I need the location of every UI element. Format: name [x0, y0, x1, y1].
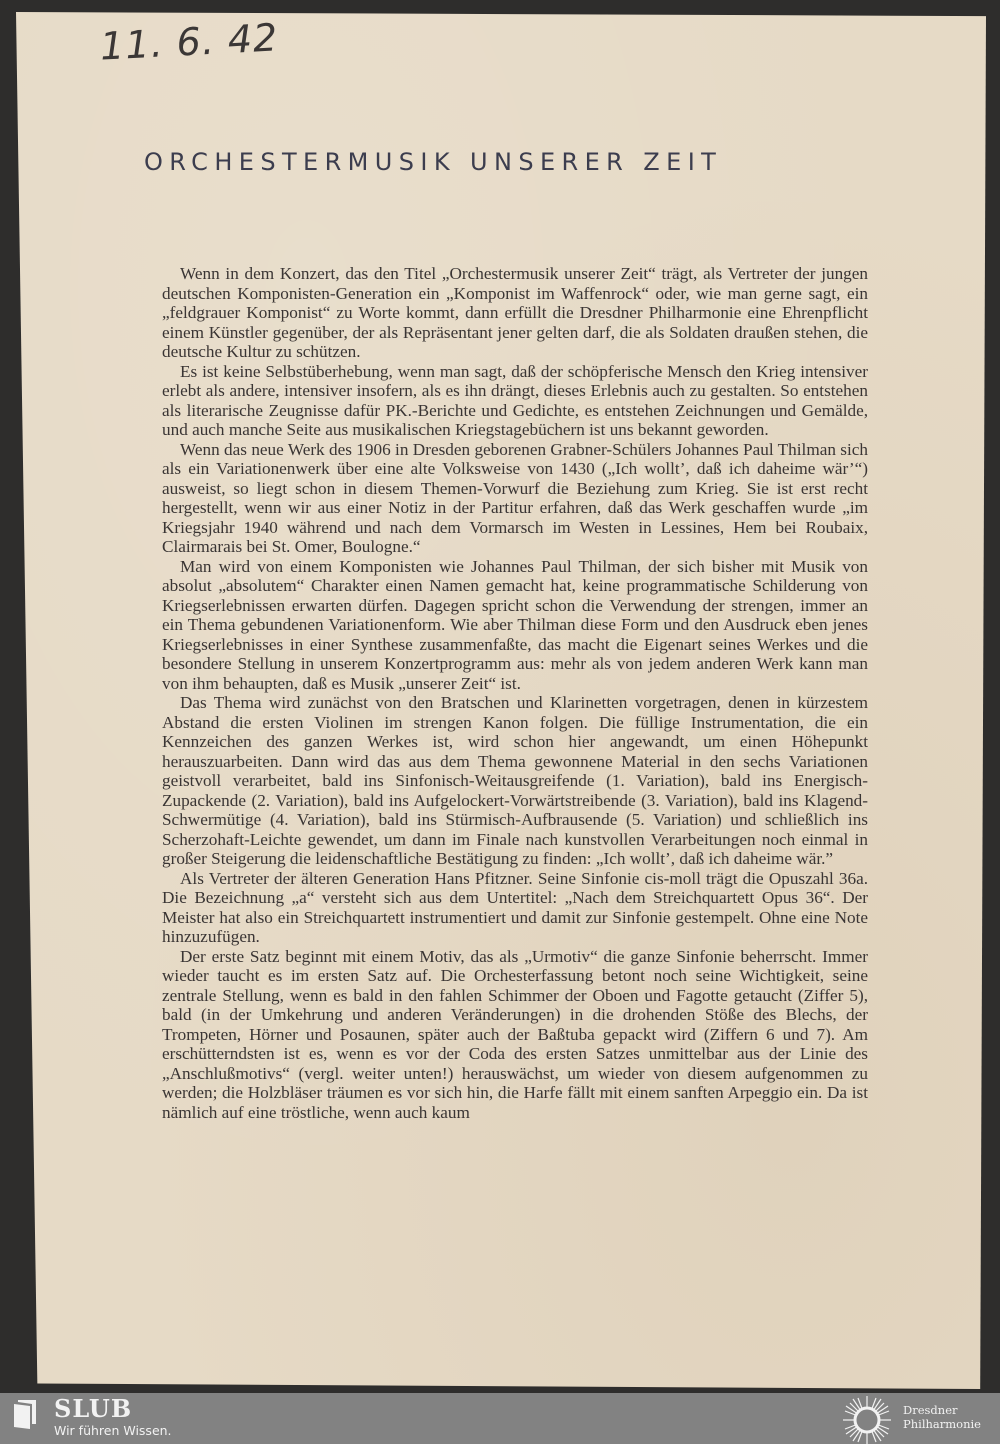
dresdner-philharmonie-logo-text[interactable]: Dresdner Philharmonie — [903, 1403, 981, 1431]
slub-tagline: Wir führen Wissen. — [54, 1423, 172, 1438]
handwritten-date: 11. 6. 42 — [99, 15, 279, 68]
page-title: ORCHESTERMUSIK UNSERER ZEIT — [144, 148, 864, 176]
paragraph: Man wird von einem Komponisten wie Johan… — [162, 557, 868, 694]
paragraph: Als Vertreter der älteren Generation Han… — [162, 869, 868, 947]
article-body: Wenn in dem Konzert, das den Titel „Orch… — [162, 264, 868, 1122]
slub-logo-text[interactable]: SLUB — [54, 1394, 132, 1423]
footer-bar: SLUB Wir führen Wissen. Dresdner Philhar… — [0, 1393, 1000, 1444]
logo-line-1: Dresdner — [903, 1403, 981, 1417]
paragraph: Wenn in dem Konzert, das den Titel „Orch… — [162, 264, 868, 362]
sunburst-ring-icon[interactable] — [842, 1395, 892, 1444]
paragraph: Das Thema wird zunächst von den Bratsche… — [162, 693, 868, 869]
logo-line-2: Philharmonie — [903, 1417, 981, 1431]
paragraph: Der erste Satz beginnt mit einem Motiv, … — [162, 947, 868, 1123]
book-icon — [12, 1398, 42, 1430]
scanned-page: 11. 6. 42 ORCHESTERMUSIK UNSERER ZEIT We… — [16, 12, 986, 1389]
paragraph: Es ist keine Selbstüberhebung, wenn man … — [162, 362, 868, 440]
paragraph: Wenn das neue Werk des 1906 in Dresden g… — [162, 440, 868, 557]
